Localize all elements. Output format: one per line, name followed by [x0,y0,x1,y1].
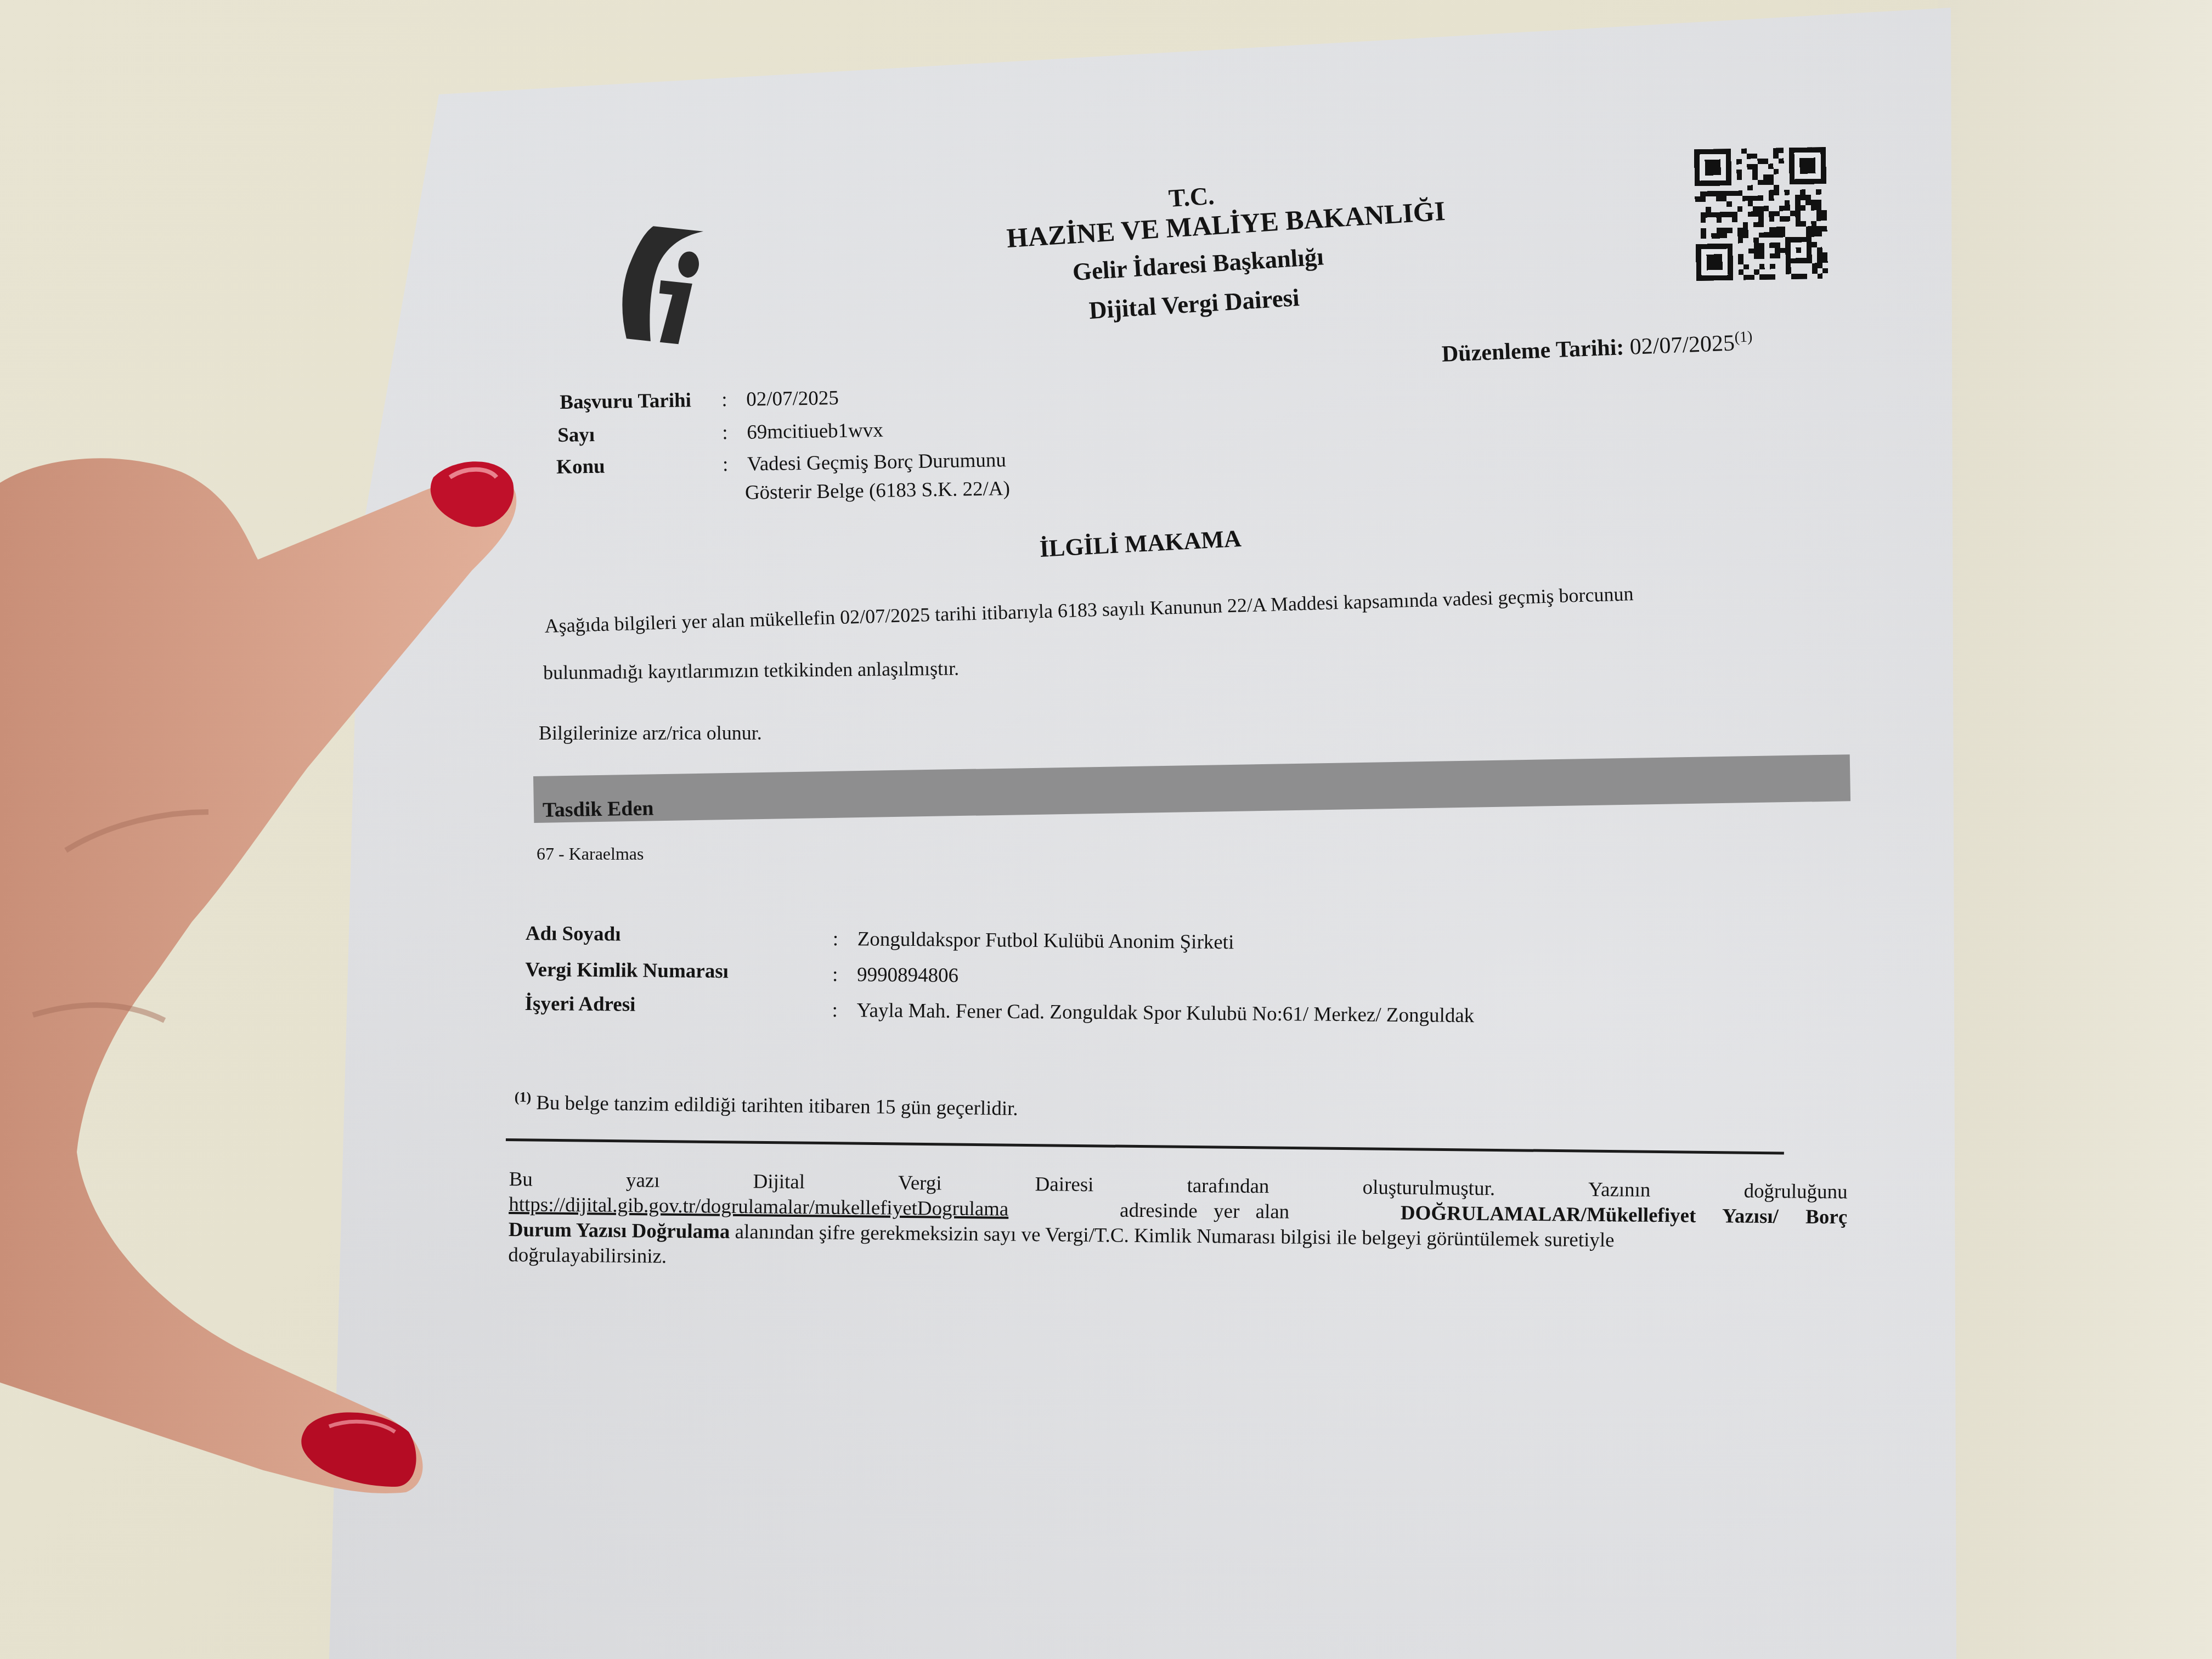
certifier-office: 67 - Karaelmas [537,844,644,864]
header-directorate: Gelir İdaresi Başkanlığı [1071,242,1324,286]
subject-label: Konu [556,455,605,479]
sep: : [723,453,729,476]
sep: : [722,421,728,444]
footnote-text: Bu belge tanzim edildiği tarihten itibar… [536,1092,1018,1120]
document-number: 69mcitiueb1wvx [747,419,883,444]
header-country: T.C. [1167,181,1215,213]
header-ministry: HAZİNE VE MALİYE BAKANLIĞI [1006,195,1446,254]
number-label: Sayı [557,423,595,447]
footer-rule [506,1138,1784,1154]
taxpayer-name: Zonguldakspor Futbol Kulübü Anonim Şirke… [857,927,1234,954]
application-date: 02/07/2025 [746,386,839,411]
verification-word: Dijital [753,1170,805,1195]
taxpayer-name-label: Adı Soyadı [526,922,621,946]
verification-word: Vergi [898,1171,942,1197]
addressee-heading: İLGİLİ MAKAMA [1039,524,1242,563]
address: Yayla Mah. Fener Cad. Zonguldak Spor Kul… [856,998,1474,1028]
certifier-header-bar: Tasdik Eden [533,754,1850,823]
certifier-title: Tasdik Eden [543,796,654,822]
sep: : [832,998,838,1022]
qr-code-icon [1691,147,1831,281]
footnote-marker: (1) [515,1089,532,1105]
sep: : [721,388,727,411]
body-paragraph-line-1: Aşağıda bilgileri yer alan mükellefin 02… [544,582,1634,637]
sep: : [832,963,838,986]
verification-word: doğruluğunu [1743,1180,1848,1206]
tax-id: 9990894806 [857,963,958,988]
verification-word: oluşturulmuştur. [1362,1176,1495,1202]
sep: : [833,927,839,951]
gib-logo-icon [605,218,711,353]
validity-footnote: (1) Bu belge tanzim edildiği tarihten it… [514,1089,1018,1121]
body-paragraph-line-2: bulunmadığı kayıtlarımızın tetkikinden a… [543,657,959,684]
verification-word: Yazının [1588,1178,1651,1204]
verification-word: Bu [509,1167,533,1193]
issue-date-value: 02/07/2025 [1629,331,1735,360]
address-label: İşyeri Adresi [525,992,636,1017]
subject-line-1: Vadesi Geçmiş Borç Durumunu [747,448,1006,476]
verification-word: yazı [626,1169,660,1194]
verification-word: Dairesi [1035,1172,1093,1198]
verification-line-2-plain: adresinde yer alan [1120,1199,1290,1226]
verification-paragraph: BuyazıDijitalVergiDairesitarafındanoluşt… [508,1167,1848,1279]
verification-line-3-bold: Durum Yazısı Doğrulama [509,1218,730,1243]
subject-line-2: Gösterir Belge (6183 S.K. 22/A) [745,477,1011,505]
application-date-label: Başvuru Tarihi [560,388,691,414]
issue-date-footnote: (1) [1734,328,1753,346]
tax-id-label: Vergi Kimlik Numarası [525,958,729,983]
issue-date-label: Düzenleme Tarihi: [1441,335,1624,367]
document-content: T.C. HAZİNE VE MALİYE BAKANLIĞI Gelir İd… [0,0,2212,1659]
verification-line-2-bold: DOĞRULAMALAR/Mükellefiyet Yazısı/ Borç [1401,1201,1848,1231]
verification-word: tarafından [1187,1174,1269,1200]
header-office: Dijital Vergi Dairesi [1088,283,1300,325]
closing-line: Bilgilerinize arz/rica olunur. [539,721,762,744]
issue-date: Düzenleme Tarihi: 02/07/2025(1) [1441,328,1753,368]
